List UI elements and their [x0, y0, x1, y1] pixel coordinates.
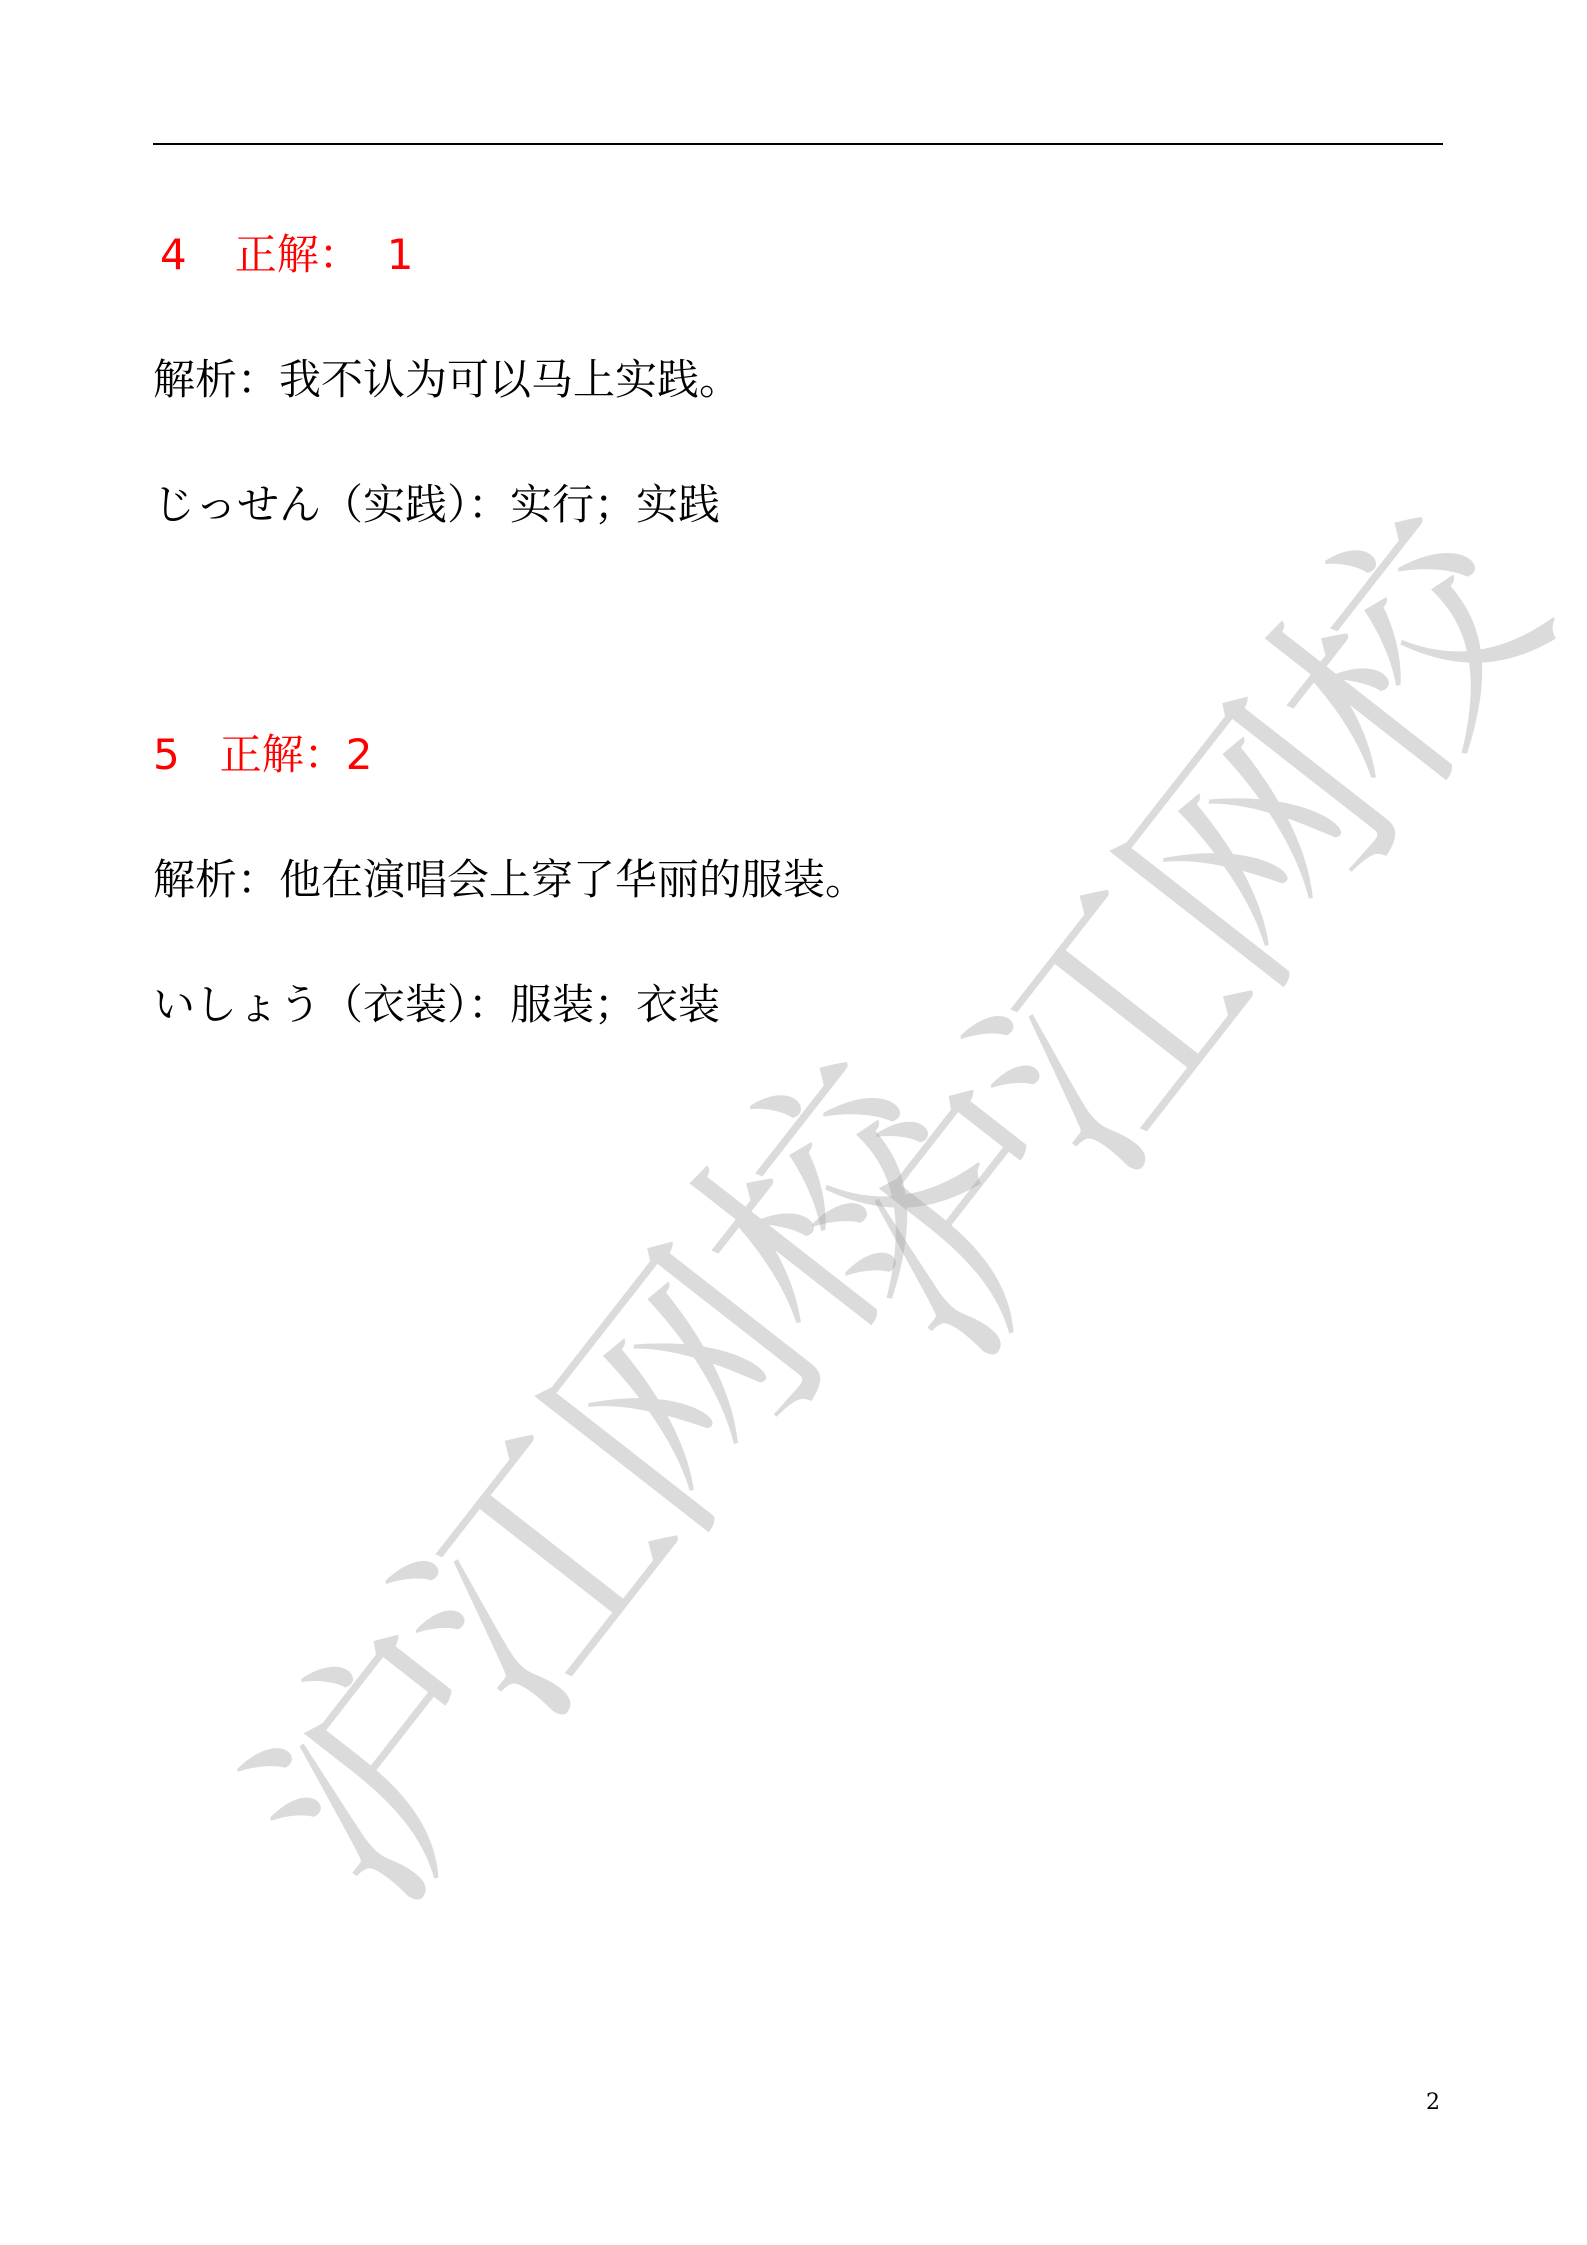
- answer-label: 正解：: [220, 730, 346, 779]
- answer-line-5: 5正解：2: [153, 730, 372, 780]
- answer-label: 正解：: [235, 230, 361, 279]
- question-number: 5: [153, 730, 180, 780]
- analysis-line-5: 解析：他在演唱会上穿了华丽的服装。: [153, 855, 867, 905]
- analysis-line-4: 解析：我不认为可以马上实践。: [153, 355, 741, 405]
- answer-value: 2: [346, 730, 373, 779]
- vocab-line-4: じっせん（实践）：实行；实践: [153, 480, 720, 530]
- question-number: 4: [160, 230, 187, 280]
- vocab-line-5: いしょう（衣装）：服装；衣装: [153, 980, 720, 1030]
- watermark-upper: 沪江网校: [790, 489, 1578, 1399]
- answer-line-4: 4正解：1: [160, 230, 413, 280]
- page-number: 2: [1426, 2090, 1440, 2116]
- header-divider: [153, 143, 1443, 145]
- answer-value: 1: [387, 230, 414, 279]
- watermark-lower: 沪江网校: [215, 1034, 1003, 1944]
